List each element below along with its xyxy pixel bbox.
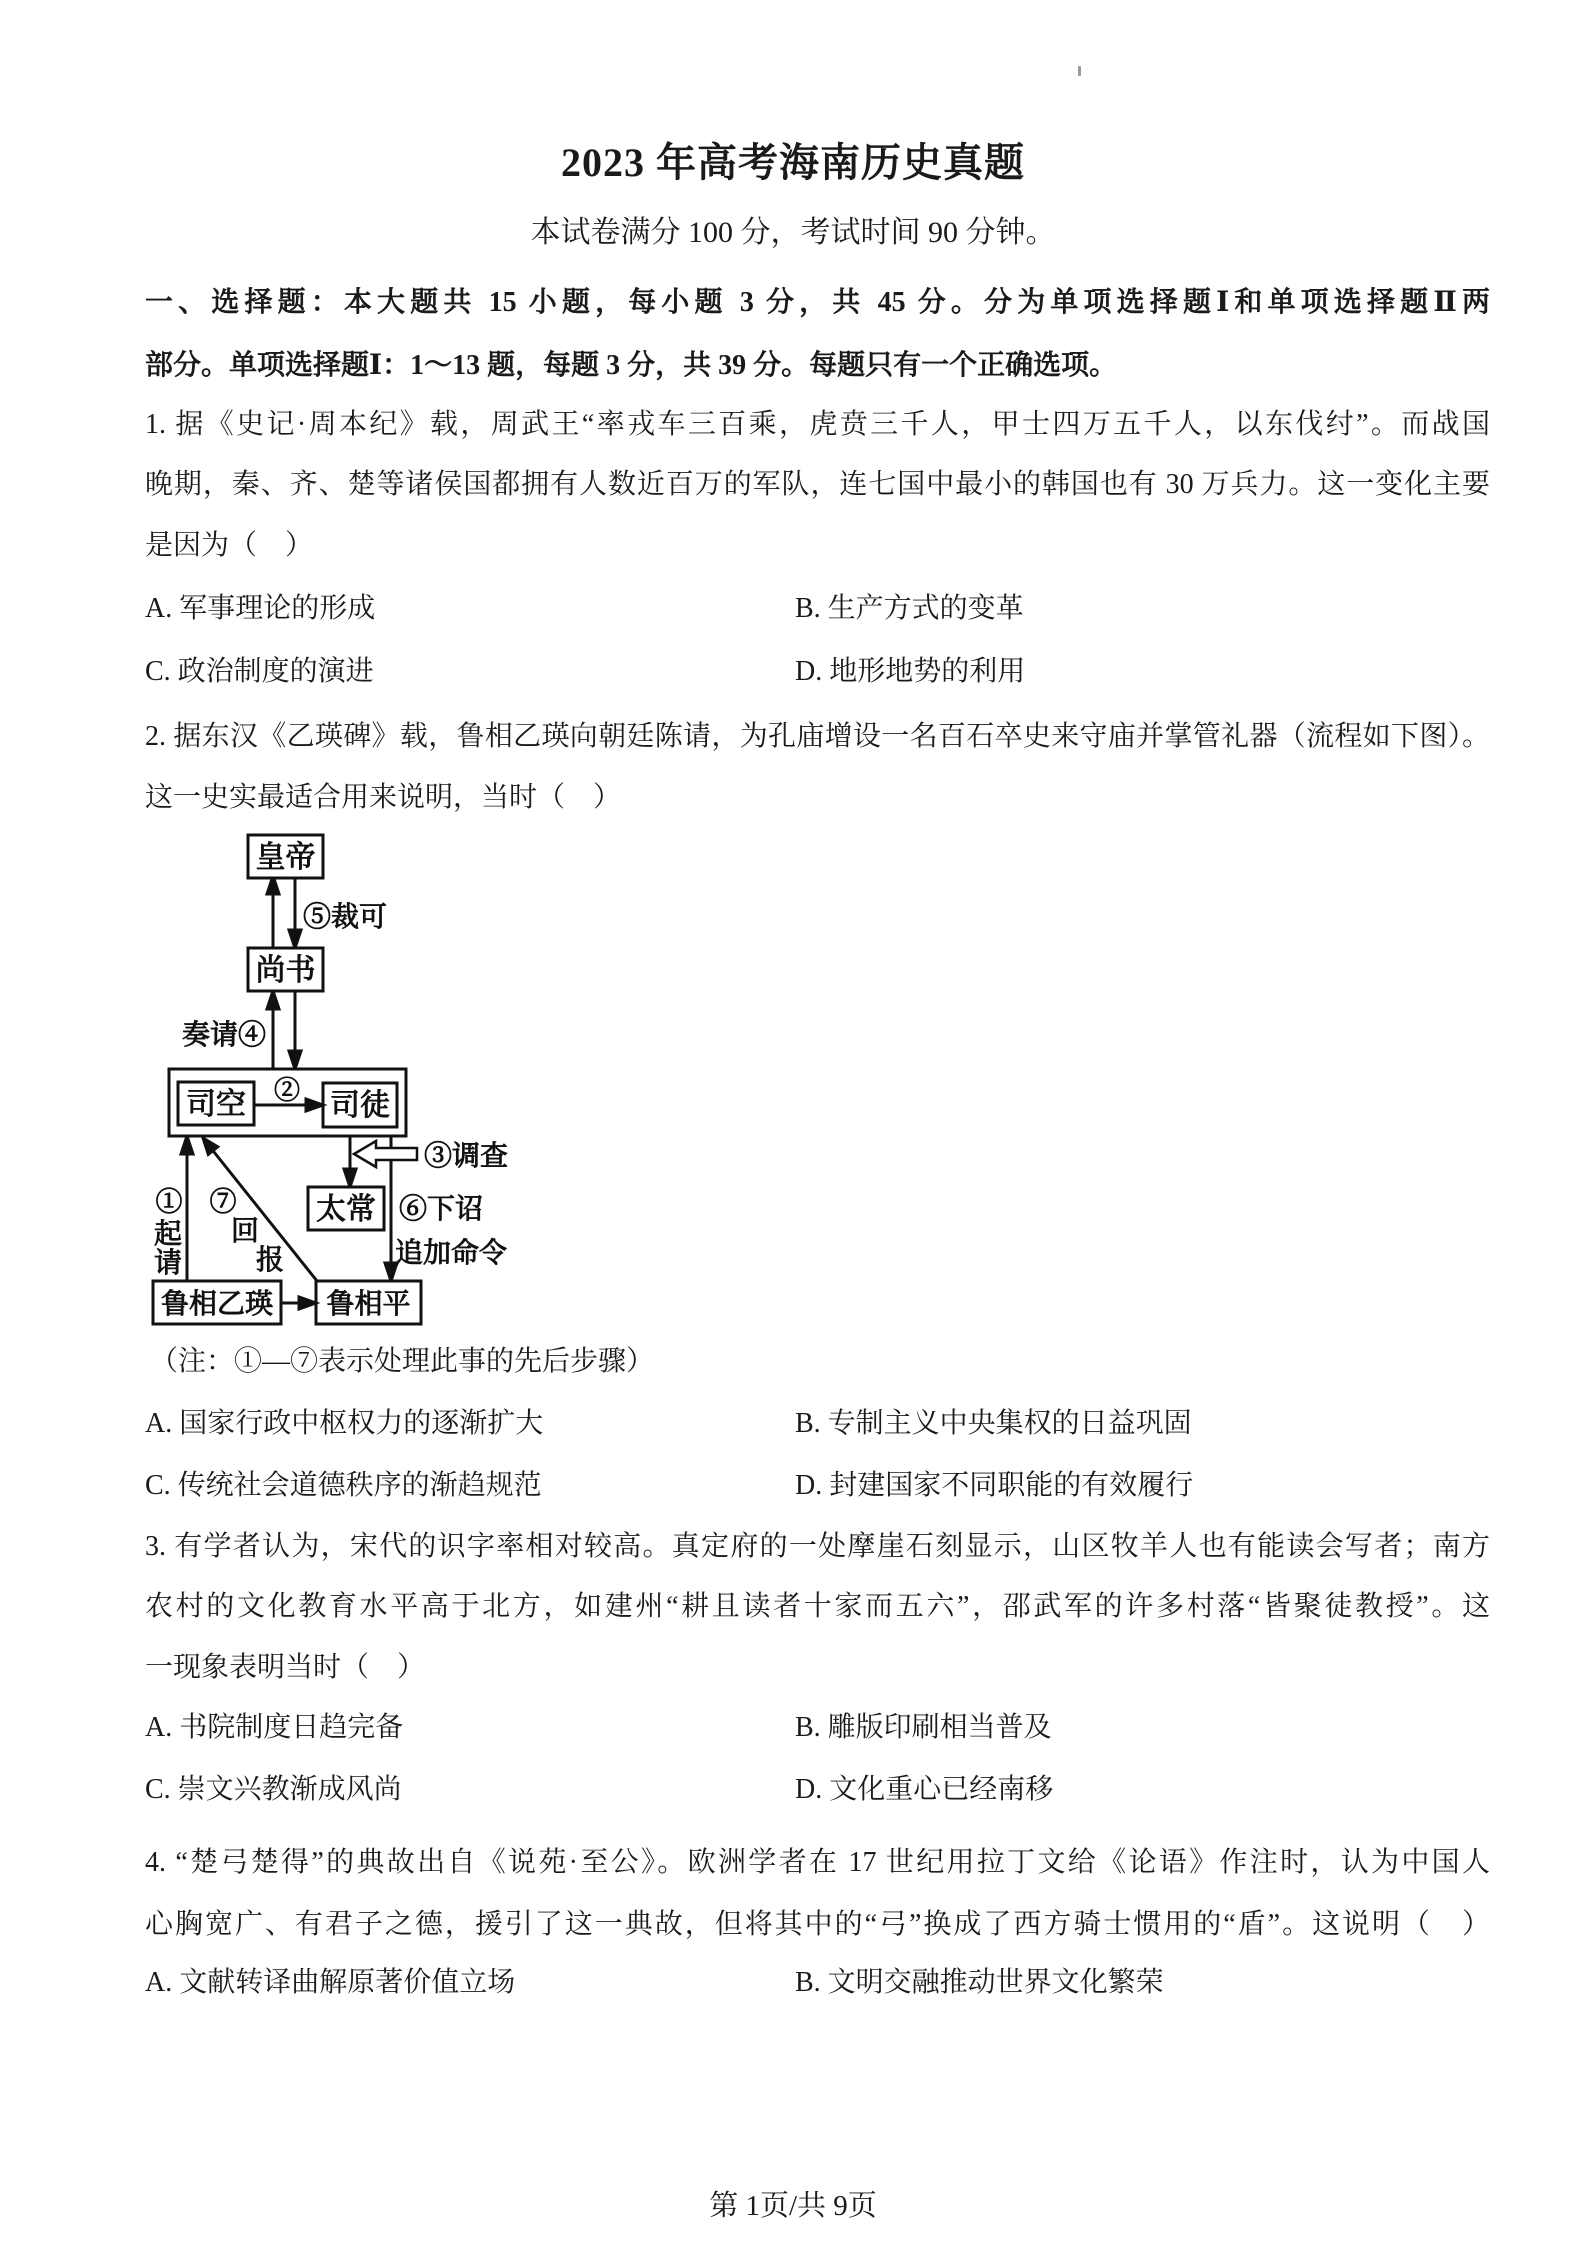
q2-line-2: 这一史实最适合用来说明，当时（ ）: [145, 782, 621, 814]
q2-flow-diagram: 皇帝 尚书 司空 司徒 太常 鲁相乙瑛 鲁相平 ⑤裁可 奏请④ ② ③调查 ⑥下…: [140, 825, 560, 1335]
q1-option-b: B. 生产方式的变革: [795, 593, 1024, 625]
label-step4-memorial: 奏请④: [182, 1018, 266, 1051]
q2-option-a: A. 国家行政中枢权力的逐渐扩大: [145, 1408, 543, 1440]
q2-option-c: C. 传统社会道德秩序的渐趋规范: [145, 1470, 542, 1502]
q3-line-2: 农村的文化教育水平高于北方，如建州“耕且读者十家而五六”，邵武军的许多村落“皆聚…: [145, 1592, 1490, 1623]
section-intro-line-1: 一、选择题：本大题共 15 小题，每小题 3 分，共 45 分。分为单项选择题Ⅰ…: [145, 288, 1490, 319]
q3-option-b: B. 雕版印刷相当普及: [795, 1712, 1052, 1744]
page-title: 2023 年高考海南历史真题: [0, 140, 1586, 186]
arrowhead-up-bigbox-left: [181, 1136, 193, 1154]
q4-option-b: B. 文明交融推动世界文化繁荣: [795, 1967, 1164, 1999]
label-step3-investigate: ③调查: [424, 1139, 508, 1172]
exam-page: 2023 年高考海南历史真题 本试卷满分 100 分，考试时间 90 分钟。 一…: [0, 0, 1586, 2244]
q3-option-d: D. 文化重心已经南移: [795, 1774, 1053, 1806]
label-step2-number: ②: [274, 1075, 300, 1105]
q4-line-1: 4. “楚弓楚得”的典故出自《说苑·至公》。欧洲学者在 17 世纪用拉丁文给《论…: [145, 1848, 1490, 1879]
q3-line-1: 3. 有学者认为，宋代的识字率相对较高。真定府的一处摩崖石刻显示，山区牧羊人也有…: [145, 1532, 1490, 1563]
label-step7-char2: 报: [256, 1243, 284, 1276]
label-step1-char2: 请: [154, 1247, 182, 1279]
page-number: 第 1页/共 9页: [0, 2190, 1586, 2223]
flow-diagram-svg: 皇帝 尚书 司空 司徒 太常 鲁相乙瑛 鲁相平 ⑤裁可 奏请④ ② ③调查 ⑥下…: [140, 825, 560, 1335]
q3-option-c: C. 崇文兴教渐成风尚: [145, 1774, 402, 1806]
label-step7-number: ⑦: [210, 1186, 237, 1217]
q1-line-3: 是因为（ ）: [145, 530, 313, 562]
q1-line-2: 晚期，秦、齐、楚等诸侯国都拥有人数近百万的军队，连七国中最小的韩国也有 30 万…: [145, 470, 1490, 501]
section-intro-line-2: 部分。单项选择题Ⅰ：1～13 题，每题 3 分，共 39 分。每题只有一个正确选…: [145, 350, 1117, 382]
label-step5-approve: ⑤裁可: [303, 900, 387, 933]
q2-option-b: B. 专制主义中央集权的日益巩固: [795, 1408, 1192, 1440]
label-sikong: 司空: [186, 1087, 246, 1121]
q1-option-c: C. 政治制度的演进: [145, 656, 374, 688]
label-step7-char1: 回: [231, 1215, 259, 1247]
q2-line-1: 2. 据东汉《乙瑛碑》载，鲁相乙瑛向朝廷陈请，为孔庙增设一名百石卒史来守庙并掌管…: [145, 722, 1490, 753]
q1-option-d: D. 地形地势的利用: [795, 656, 1025, 688]
q1-option-a: A. 军事理论的形成: [145, 593, 375, 625]
q1-line-1: 1. 据《史记·周本纪》载，周武王“率戎车三百乘，虎贲三千人，甲士四万五千人，以…: [145, 410, 1490, 441]
label-lu-yiying: 鲁相乙瑛: [161, 1288, 274, 1320]
label-taichang: 太常: [316, 1193, 376, 1226]
label-step6-decree-line1: ⑥下诏: [399, 1192, 483, 1225]
q3-option-a: A. 书院制度日趋完备: [145, 1712, 403, 1744]
arrowhead-up-shangshu: [267, 991, 279, 1009]
label-step1-char1: 起: [154, 1218, 182, 1250]
hollow-arrow-investigate: [354, 1141, 417, 1167]
scan-speck: [1078, 66, 1081, 76]
q2-option-d: D. 封建国家不同职能的有效履行: [795, 1470, 1193, 1502]
label-step1-number: ①: [156, 1186, 183, 1217]
arrowhead-down-taichang: [344, 1169, 356, 1187]
label-shangshu: 尚书: [256, 954, 316, 987]
label-situ: 司徒: [330, 1089, 390, 1122]
arrowhead-right-luping: [299, 1297, 316, 1309]
label-lu-ping: 鲁相平: [326, 1288, 410, 1320]
label-emperor: 皇帝: [256, 840, 316, 874]
q4-line-2: 心胸宽广、有君子之德，援引了这一典故，但将其中的“弓”换成了西方骑士惯用的“盾”…: [145, 1910, 1490, 1941]
label-step6-decree-line2: 追加命令: [395, 1236, 507, 1269]
exam-subtitle: 本试卷满分 100 分，考试时间 90 分钟。: [0, 216, 1586, 251]
arrowhead-down-bigbox: [289, 1051, 301, 1069]
q4-option-a: A. 文献转译曲解原著价值立场: [145, 1967, 515, 1999]
q2-diagram-note: （注：①—⑦表示处理此事的先后步骤）: [150, 1346, 654, 1378]
q3-line-3: 一现象表明当时（ ）: [145, 1652, 425, 1684]
arrowhead-down-shangshu: [289, 930, 301, 948]
